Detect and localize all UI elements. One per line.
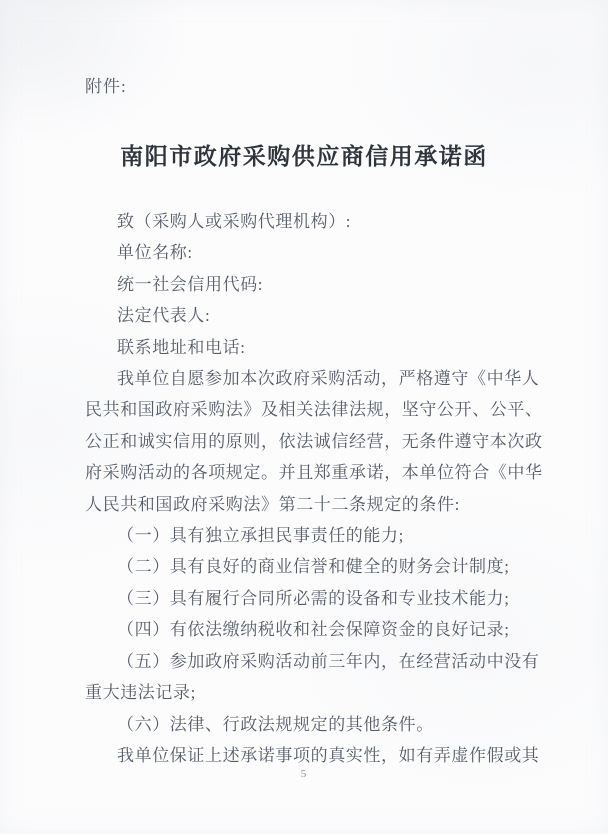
paragraph-line: 公正和诚实信用的原则，依法诚信经营，无条件遵守本次政 (85, 426, 537, 457)
condition-item-5-wrap: 重大违法记录; (85, 677, 537, 708)
document-body: 致（采购人或采购代理机构）: 单位名称: 统一社会信用代码: 法定代表人: 联系… (85, 206, 537, 771)
condition-item-1: （一）具有独立承担民事责任的能力; (85, 520, 537, 551)
condition-item-6: （六）法律、行政法规规定的其他条件。 (85, 709, 537, 740)
attachment-label: 附件: (85, 72, 127, 97)
salutation-line: 致（采购人或采购代理机构）: (85, 206, 537, 237)
paragraph-line: 民共和国政府采购法》及相关法律法规，坚守公开、公平、 (85, 394, 537, 425)
page-number: 5 (0, 768, 608, 780)
document-title: 南阳市政府采购供应商信用承诺函 (0, 138, 608, 171)
field-credit-code: 统一社会信用代码: (85, 269, 537, 300)
field-contact: 联系地址和电话: (85, 332, 537, 363)
paragraph-line: 府采购活动的各项规定。并且郑重承诺，本单位符合《中华 (85, 457, 537, 488)
closing-line: 我单位保证上述承诺事项的真实性，如有弄虚作假或其 (85, 740, 537, 771)
condition-item-2: （二）具有良好的商业信誉和健全的财务会计制度; (85, 551, 537, 582)
scanned-document-page: 附件: 南阳市政府采购供应商信用承诺函 致（采购人或采购代理机构）: 单位名称:… (0, 0, 608, 834)
field-legal-rep: 法定代表人: (85, 300, 537, 331)
paragraph-line: 我单位自愿参加本次政府采购活动，严格遵守《中华人 (85, 363, 537, 394)
field-unit-name: 单位名称: (85, 237, 537, 268)
condition-item-5: （五）参加政府采购活动前三年内，在经营活动中没有 (85, 646, 537, 677)
paragraph-line: 人民共和国政府采购法》第二十二条规定的条件: (85, 489, 537, 520)
condition-item-3: （三）具有履行合同所必需的设备和专业技术能力; (85, 583, 537, 614)
condition-item-4: （四）有依法缴纳税收和社会保障资金的良好记录; (85, 614, 537, 645)
